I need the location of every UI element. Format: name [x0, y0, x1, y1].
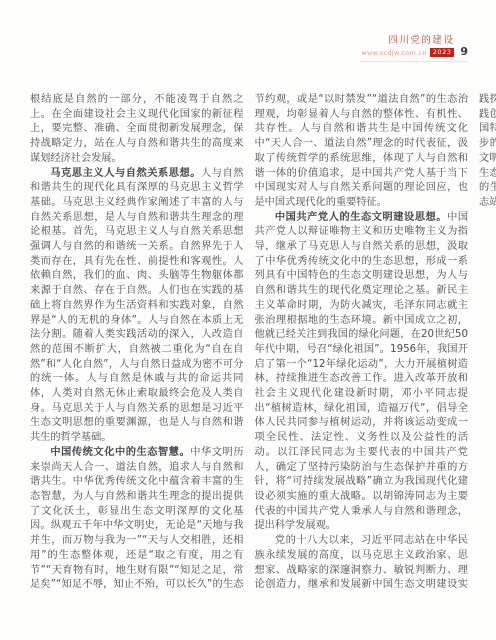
paragraph: 马克思主义人与自然关系思想。人与自然和谐共生的现代化具有深厚的马克思主义哲学基础…	[30, 167, 244, 446]
journal-title: 四川党的建设	[361, 35, 454, 46]
journal-website: www.scdjw.com.cn	[361, 49, 427, 57]
article-body: 根结底是自然的一部分，不能凌驾于自然之上。在全面建设社会主义现代化国家的新征程上…	[30, 93, 468, 599]
header-divider	[360, 61, 468, 62]
page-number: 9	[460, 46, 468, 57]
masthead: 四川党的建设 www.scdjw.com.cn 2023	[361, 35, 454, 57]
paragraph-lead: 中国共产党人的生态文明建设思想。	[275, 212, 447, 223]
masthead-subline: www.scdjw.com.cn 2023	[361, 48, 454, 57]
page-header: 四川党的建设 www.scdjw.com.cn 2023 9	[361, 35, 468, 57]
paragraph: 根结底是自然的一部分，不能凌驾于自然之上。在全面建设社会主义现代化国家的新征程上…	[30, 93, 244, 167]
paragraph: 中国共产党人的生态文明建设思想。中国共产党人以辩证唯物主义和历史唯物主义为指导，…	[255, 211, 469, 534]
year-badge: 2023	[430, 48, 455, 57]
paragraph-lead: 中国传统文化中的生态智慧。	[50, 447, 190, 458]
magazine-page: 四川党的建设 www.scdjw.com.cn 2023 9 根结底是自然的一部…	[0, 0, 496, 640]
paragraph-lead: 马克思主义人与自然关系思想。	[50, 168, 201, 179]
